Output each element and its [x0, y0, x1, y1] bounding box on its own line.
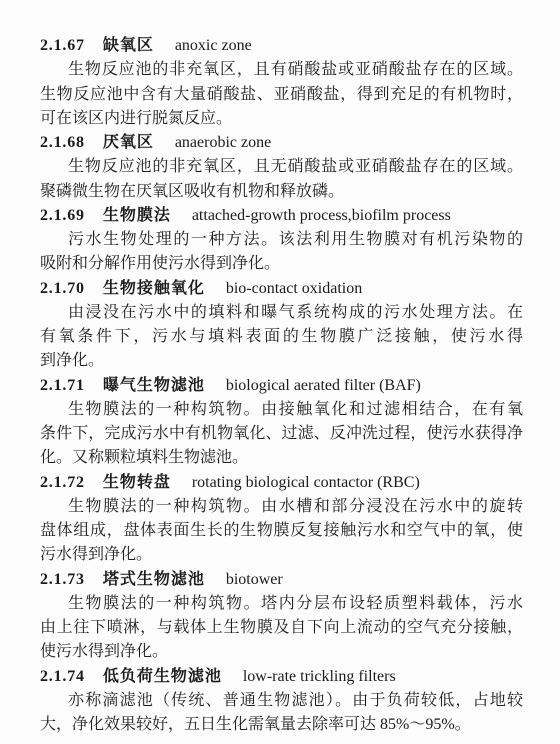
term-name-chinese: 生物转盘	[103, 474, 171, 491]
term-number: 2.1.68	[40, 134, 85, 151]
term-heading: 2.1.68厌氧区anaerobic zone	[40, 131, 523, 155]
term-name-english: rotating biological contactor (RBC)	[192, 474, 420, 491]
terminology-list: 2.1.67缺氧区anoxic zone生物反应池的非充氧区，且有硝酸盐或亚硝酸…	[40, 34, 523, 737]
definition-line: 亦称滴滤池（传统、普通生物滤池）。由于负荷较低，占地较	[40, 689, 523, 713]
definition-line: 盘体组成，盘体表面生长的生物膜反复接触污水和空气中的氧，使	[40, 519, 523, 543]
definition-line: 污水得到净化。	[40, 543, 523, 567]
definition-line: 化。又称颗粒填料生物滤池。	[40, 446, 523, 470]
definition-line: 生物膜法的一种构筑物。由水槽和部分浸没在污水中的旋转	[40, 495, 523, 519]
definition-line: 生物膜法的一种构筑物。塔内分层布设轻质塑料载体，污水	[40, 592, 523, 616]
definition-line: 可在该区内进行脱氮反应。	[40, 107, 523, 131]
definition-line: 生物反应池的非充氧区，且无硝酸盐或亚硝酸盐存在的区域。	[40, 155, 523, 179]
term-heading: 2.1.73塔式生物滤池biotower	[40, 568, 523, 592]
definition-line: 吸附和分解作用使污水得到净化。	[40, 252, 523, 276]
term-number: 2.1.67	[40, 37, 85, 54]
term-number: 2.1.74	[40, 668, 85, 685]
definition-line: 条件下，完成污水中有机物氧化、过滤、反冲洗过程，使污水获得净	[40, 422, 523, 446]
term-number: 2.1.69	[40, 207, 85, 224]
term-heading: 2.1.67缺氧区anoxic zone	[40, 34, 523, 58]
definition-line: 污水生物处理的一种方法。该法利用生物膜对有机污染物的	[40, 228, 523, 252]
definition-line: 有氧条件下，污水与填料表面的生物膜广泛接触，使污水得	[40, 325, 523, 349]
term-number: 2.1.72	[40, 474, 85, 491]
definition-line: 由浸没在污水中的填料和曝气系统构成的污水处理方法。在	[40, 301, 523, 325]
term-name-chinese: 缺氧区	[103, 37, 154, 54]
scanned-document-page: 2.1.67缺氧区anoxic zone生物反应池的非充氧区，且有硝酸盐或亚硝酸…	[0, 0, 560, 744]
definition-line: 由上往下喷淋，与载体上生物膜及自下向上流动的空气充分接触，	[40, 616, 523, 640]
definition-line: 生物反应池的非充氧区，且有硝酸盐或亚硝酸盐存在的区域。	[40, 58, 523, 82]
definition-line: 使污水得到净化。	[40, 640, 523, 664]
term-name-chinese: 曝气生物滤池	[103, 377, 205, 394]
term-heading: 2.1.69生物膜法attached-growth process,biofil…	[40, 204, 523, 228]
definition-line: 生物反应池中含有大量硝酸盐、亚硝酸盐，得到充足的有机物时，	[40, 83, 523, 107]
term-name-chinese: 生物接触氧化	[103, 280, 205, 297]
term-name-english: biological aerated filter (BAF)	[226, 377, 421, 394]
term-name-chinese: 厌氧区	[103, 134, 154, 151]
term-heading: 2.1.70生物接触氧化bio-contact oxidation	[40, 277, 523, 301]
definition-line: 生物膜法的一种构筑物。由接触氧化和过滤相结合，在有氧	[40, 398, 523, 422]
term-name-english: anoxic zone	[175, 37, 252, 54]
term-name-english: bio-contact oxidation	[226, 280, 362, 297]
term-name-english: biotower	[226, 571, 283, 588]
term-number: 2.1.73	[40, 571, 85, 588]
definition-line: 聚磷微生物在厌氧区吸收有机物和释放磷。	[40, 180, 523, 204]
term-number: 2.1.70	[40, 280, 85, 297]
term-heading: 2.1.71曝气生物滤池biological aerated filter (B…	[40, 374, 523, 398]
term-name-english: low-rate trickling filters	[243, 668, 396, 685]
term-number: 2.1.71	[40, 377, 85, 394]
term-heading: 2.1.72生物转盘rotating biological contactor …	[40, 471, 523, 495]
term-name-english: anaerobic zone	[175, 134, 271, 151]
term-name-english: attached-growth process,biofilm process	[192, 207, 451, 224]
term-heading: 2.1.74低负荷生物滤池low-rate trickling filters	[40, 665, 523, 689]
term-name-chinese: 低负荷生物滤池	[103, 668, 222, 685]
term-name-chinese: 塔式生物滤池	[103, 571, 205, 588]
term-name-chinese: 生物膜法	[103, 207, 171, 224]
definition-line: 大，净化效果较好，五日生化需氧量去除率可达 85%～95%。	[40, 713, 523, 737]
definition-line: 到净化。	[40, 349, 523, 373]
